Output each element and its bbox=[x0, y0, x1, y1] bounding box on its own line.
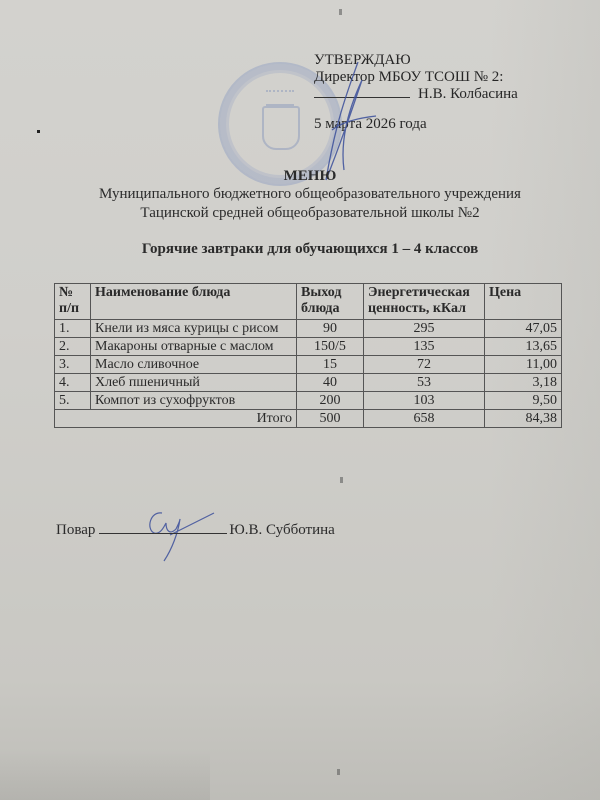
total-energy: 658 bbox=[364, 410, 485, 428]
scan-mark bbox=[340, 477, 343, 483]
row-energy: 135 bbox=[364, 338, 485, 356]
row-yield: 150/5 bbox=[297, 338, 364, 356]
row-yield: 200 bbox=[297, 392, 364, 410]
row-price: 13,65 bbox=[485, 338, 562, 356]
row-num: 1. bbox=[55, 320, 91, 338]
row-energy: 72 bbox=[364, 356, 485, 374]
row-price: 47,05 bbox=[485, 320, 562, 338]
row-energy: 53 bbox=[364, 374, 485, 392]
cook-signature-block: ПоварЮ.В. Субботина bbox=[56, 522, 335, 539]
seal-crest-icon bbox=[262, 106, 300, 150]
row-name: Компот из сухофруктов bbox=[91, 392, 297, 410]
director-name: Н.В. Колбасина bbox=[418, 86, 518, 102]
menu-title: МЕНЮ bbox=[0, 167, 600, 185]
row-yield: 90 bbox=[297, 320, 364, 338]
row-name: Кнели из мяса курицы с рисом bbox=[91, 320, 297, 338]
document-heading: МЕНЮ Муниципального бюджетного общеобраз… bbox=[0, 167, 600, 258]
seal-crown-icon bbox=[266, 90, 294, 106]
table-header-row: № п/п Наименование блюда Выход блюда Эне… bbox=[55, 284, 562, 320]
row-num: 2. bbox=[55, 338, 91, 356]
page-shadow bbox=[0, 750, 210, 800]
signature-underline bbox=[99, 522, 227, 534]
menu-table: № п/п Наименование блюда Выход блюда Эне… bbox=[54, 283, 562, 428]
meal-title: Горячие завтраки для обучающихся 1 – 4 к… bbox=[0, 241, 600, 258]
col-price-header: Цена bbox=[485, 284, 562, 320]
cook-name: Ю.В. Субботина bbox=[229, 522, 334, 538]
table-row: 4. Хлеб пшеничный 40 53 3,18 bbox=[55, 374, 562, 392]
row-energy: 103 bbox=[364, 392, 485, 410]
row-yield: 15 bbox=[297, 356, 364, 374]
row-name: Хлеб пшеничный bbox=[91, 374, 297, 392]
scan-mark bbox=[337, 769, 340, 775]
scanned-document-page: УТВЕРЖДАЮ Директор МБОУ ТСОШ № 2: Н.В. К… bbox=[0, 0, 600, 800]
speck bbox=[37, 130, 40, 133]
table-total-row: Итого 500 658 84,38 bbox=[55, 410, 562, 428]
row-name: Макароны отварные с маслом bbox=[91, 338, 297, 356]
org-line-2: Тацинской средней общеобразовательной шк… bbox=[0, 204, 600, 223]
org-line-1: Муниципального бюджетного общеобразовате… bbox=[0, 185, 600, 204]
row-price: 3,18 bbox=[485, 374, 562, 392]
row-price: 11,00 bbox=[485, 356, 562, 374]
col-name-header: Наименование блюда bbox=[91, 284, 297, 320]
row-num: 5. bbox=[55, 392, 91, 410]
col-num-header: № п/п bbox=[55, 284, 91, 320]
table-body: 1. Кнели из мяса курицы с рисом 90 295 4… bbox=[55, 320, 562, 428]
total-label: Итого bbox=[55, 410, 297, 428]
table-row: 5. Компот из сухофруктов 200 103 9,50 bbox=[55, 392, 562, 410]
total-yield: 500 bbox=[297, 410, 364, 428]
row-energy: 295 bbox=[364, 320, 485, 338]
col-energy-header: Энергетическая ценность, кКал bbox=[364, 284, 485, 320]
table-row: 1. Кнели из мяса курицы с рисом 90 295 4… bbox=[55, 320, 562, 338]
table-row: 3. Масло сливочное 15 72 11,00 bbox=[55, 356, 562, 374]
table-row: 2. Макароны отварные с маслом 150/5 135 … bbox=[55, 338, 562, 356]
row-num: 4. bbox=[55, 374, 91, 392]
row-name: Масло сливочное bbox=[91, 356, 297, 374]
row-num: 3. bbox=[55, 356, 91, 374]
row-yield: 40 bbox=[297, 374, 364, 392]
total-price: 84,38 bbox=[485, 410, 562, 428]
scan-mark bbox=[339, 9, 342, 15]
cook-label: Повар bbox=[56, 522, 95, 538]
row-price: 9,50 bbox=[485, 392, 562, 410]
col-yield-header: Выход блюда bbox=[297, 284, 364, 320]
